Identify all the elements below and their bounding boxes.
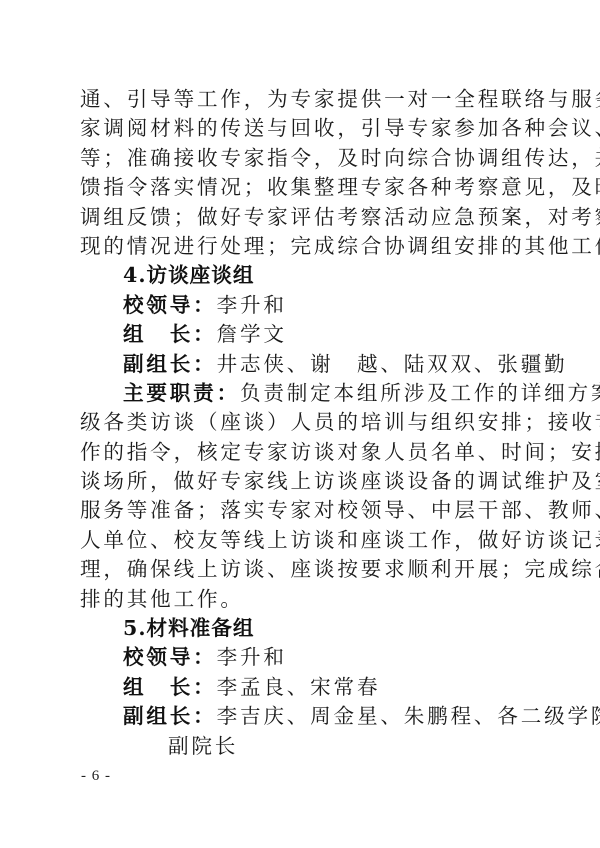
- duties-line: 排的其他工作。: [80, 585, 526, 614]
- document-body: 通、引导等工作，为专家提供一对一全程联络与服务，负责专 家调阅材料的传送与回收，…: [80, 85, 526, 761]
- school-leader-label: 校领导：: [123, 293, 217, 317]
- duties-line: 理，确保线上访谈、座谈按要求顺利开展；完成综合协调组安: [80, 555, 526, 584]
- school-leader-value: 李升和: [217, 293, 287, 317]
- section-5-group-head: 组 长：李孟良、宋常春: [80, 673, 526, 702]
- paragraph-line: 馈指令落实情况；收集整理专家各种考察意见，及时向综合协: [80, 173, 526, 202]
- group-head-value: 李孟良、宋常春: [217, 675, 381, 699]
- section-4-duties-first-line: 主要职责：负责制定本组所涉及工作的详细方案；开展各: [80, 379, 526, 408]
- page-number: - 6 -: [81, 768, 111, 785]
- section-4-school-leader: 校领导：李升和: [80, 291, 526, 320]
- school-leader-value: 李升和: [217, 645, 287, 669]
- duties-line: 作的指令，核定专家访谈对象人员名单、时间；安排并确定访: [80, 438, 526, 467]
- section-5-school-leader: 校领导：李升和: [80, 643, 526, 672]
- section-4-group-head: 组 长：詹学文: [80, 320, 526, 349]
- paragraph-line: 等；准确接收专家指令，及时向综合协调组传达，并向专家反: [80, 144, 526, 173]
- deputy-head-value: 井志侠、谢 越、陆双双、张疆勤: [217, 352, 568, 376]
- duties-text: 负责制定本组所涉及工作的详细方案；开展各: [240, 381, 600, 405]
- group-head-label: 组 长：: [123, 322, 217, 346]
- paragraph-line: 现的情况进行处理；完成综合协调组安排的其他工作。: [80, 232, 526, 261]
- section-5-heading: 5.材料准备组: [80, 614, 526, 643]
- group-head-value: 詹学文: [217, 322, 287, 346]
- section-4-deputy-heads: 副组长：井志侠、谢 越、陆双双、张疆勤: [80, 350, 526, 379]
- group-head-label: 组 长：: [123, 675, 217, 699]
- duties-line: 谈场所，做好专家线上访谈座谈设备的调试维护及室内布置、: [80, 467, 526, 496]
- section-4-heading: 4.访谈座谈组: [80, 261, 526, 290]
- duties-line: 人单位、校友等线上访谈和座谈工作，做好访谈记录和问题梳: [80, 526, 526, 555]
- section-5-deputy-heads: 副组长：李吉庆、周金星、朱鹏程、各二级学院分管教学: [80, 702, 526, 731]
- document-page: 通、引导等工作，为专家提供一对一全程联络与服务，负责专 家调阅材料的传送与回收，…: [0, 0, 600, 848]
- duties-line: 服务等准备；落实专家对校领导、中层干部、教师、学生、用: [80, 496, 526, 525]
- deputy-head-value-continued: 副院长: [80, 732, 526, 761]
- duties-line: 级各类访谈（座谈）人员的培训与组织安排；接收专家访谈工: [80, 408, 526, 437]
- school-leader-label: 校领导：: [123, 645, 217, 669]
- paragraph-line: 调组反馈；做好专家评估考察活动应急预案，对考察中临时出: [80, 203, 526, 232]
- duties-label: 主要职责：: [123, 381, 240, 405]
- deputy-head-label: 副组长：: [123, 704, 217, 728]
- deputy-head-value: 李吉庆、周金星、朱鹏程、各二级学院分管教学: [217, 704, 600, 728]
- deputy-head-label: 副组长：: [123, 352, 217, 376]
- paragraph-line: 通、引导等工作，为专家提供一对一全程联络与服务，负责专: [80, 85, 526, 114]
- paragraph-line: 家调阅材料的传送与回收，引导专家参加各种会议、考察活动: [80, 114, 526, 143]
